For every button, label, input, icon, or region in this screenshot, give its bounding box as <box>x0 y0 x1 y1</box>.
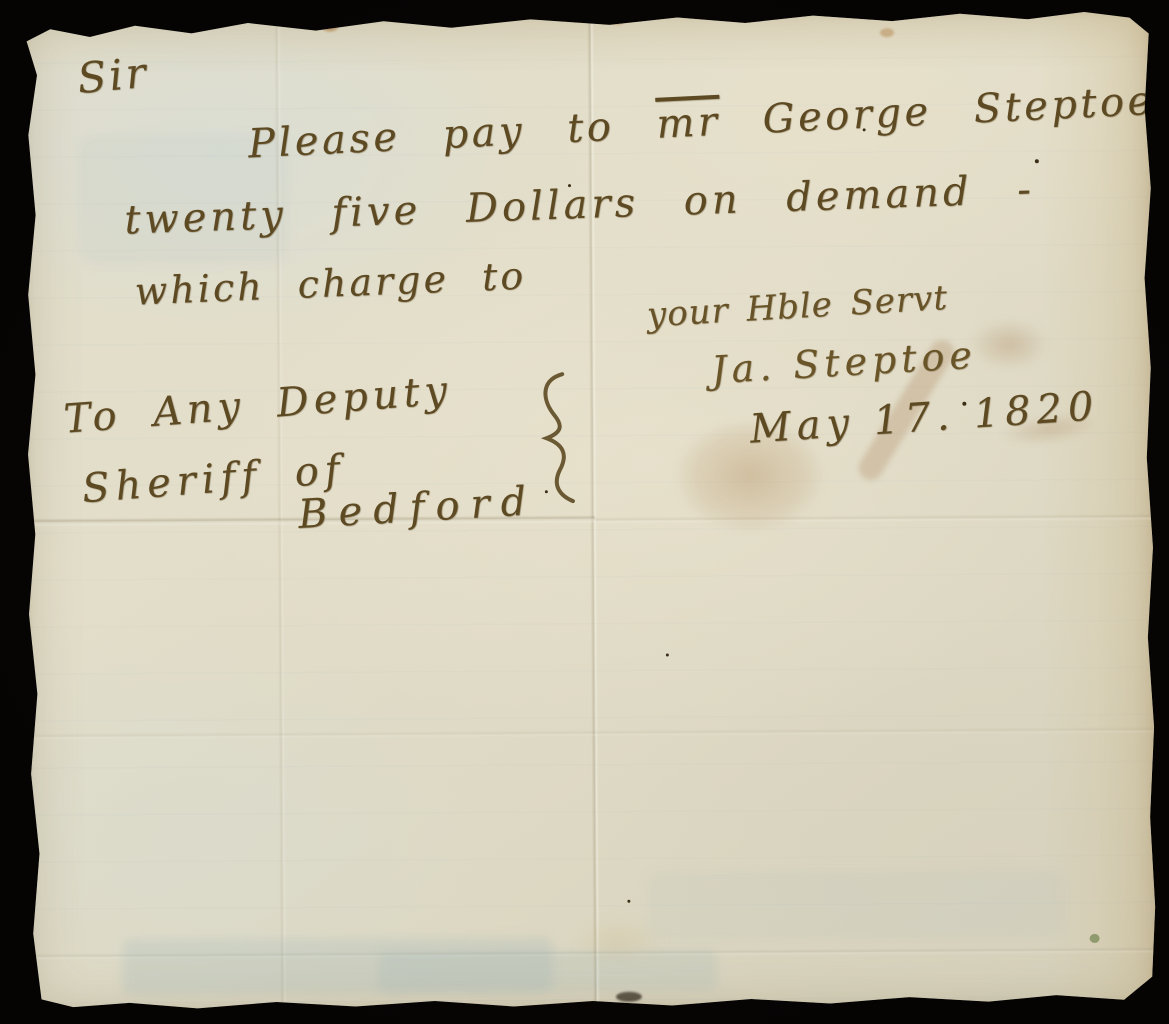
ink-speck <box>545 490 548 493</box>
photo-background: Sir Please pay to mr George Steptoe. twe… <box>0 0 1169 1024</box>
document-paper: Sir Please pay to mr George Steptoe. twe… <box>22 9 1158 1014</box>
fold-crease-vertical-left <box>274 14 287 1012</box>
addressee-line2-text: Sheriff of <box>80 446 347 512</box>
laid-paper-texture <box>22 9 1158 1014</box>
addressee-line1-text: To Any Deputy <box>62 367 453 442</box>
mr-abbreviation-text: mr <box>655 99 721 148</box>
ink-speck <box>666 654 669 657</box>
showthrough-ghost-3 <box>78 134 289 265</box>
addressee-line3-text: Bedford <box>297 478 539 538</box>
fold-crease-horizontal-bottom <box>28 947 1158 961</box>
rust-spot-top-2 <box>612 17 624 25</box>
salutation-text: Sir <box>75 48 151 103</box>
fold-crease-horizontal-left <box>25 515 595 525</box>
brace-mark-icon <box>524 370 577 505</box>
ink-speck <box>568 184 571 187</box>
paper-edge-vignette <box>22 9 1158 1014</box>
rust-spot-top-1 <box>322 22 338 32</box>
showthrough-ghost-4 <box>647 869 1067 942</box>
ink-speck <box>863 128 866 131</box>
ink-speck <box>627 900 630 903</box>
signature-text: Ja. Steptoe <box>710 333 978 392</box>
request-line-text: Please pay to mr George Steptoe. <box>247 77 1169 167</box>
closing-text: your Hble Servt <box>646 278 949 336</box>
rust-spot-top-3 <box>880 28 894 37</box>
request-prefix-text: Please pay to <box>247 102 658 168</box>
date-text: May 17. 1820 <box>748 383 1101 452</box>
smudge-streak-2 <box>954 309 1064 380</box>
dark-spot-bottom-center <box>616 992 642 1002</box>
addressee-brace <box>524 370 577 509</box>
ink-speck <box>1035 159 1039 163</box>
paper-edge-yellowing <box>22 9 1158 1014</box>
ink-water-stain <box>649 400 850 551</box>
fold-crease-horizontal-lower <box>26 727 1156 741</box>
green-spot-bottom-right <box>1090 934 1100 943</box>
fold-crease-horizontal-full <box>25 514 1155 528</box>
fold-crease-vertical-center <box>587 12 600 1010</box>
amount-line-text: twenty five Dollars on demand - <box>124 167 1036 244</box>
charge-line-text: which charge to <box>134 254 527 314</box>
smudge-streak-1 <box>854 336 958 485</box>
request-suffix-text: George Steptoe. <box>719 77 1169 145</box>
showthrough-ghost-2 <box>378 949 718 993</box>
showthrough-ghost-1 <box>123 937 553 995</box>
yellow-stain-bottom <box>557 911 677 972</box>
smudge-streak-3 <box>982 400 1116 458</box>
ink-speck <box>962 402 966 406</box>
